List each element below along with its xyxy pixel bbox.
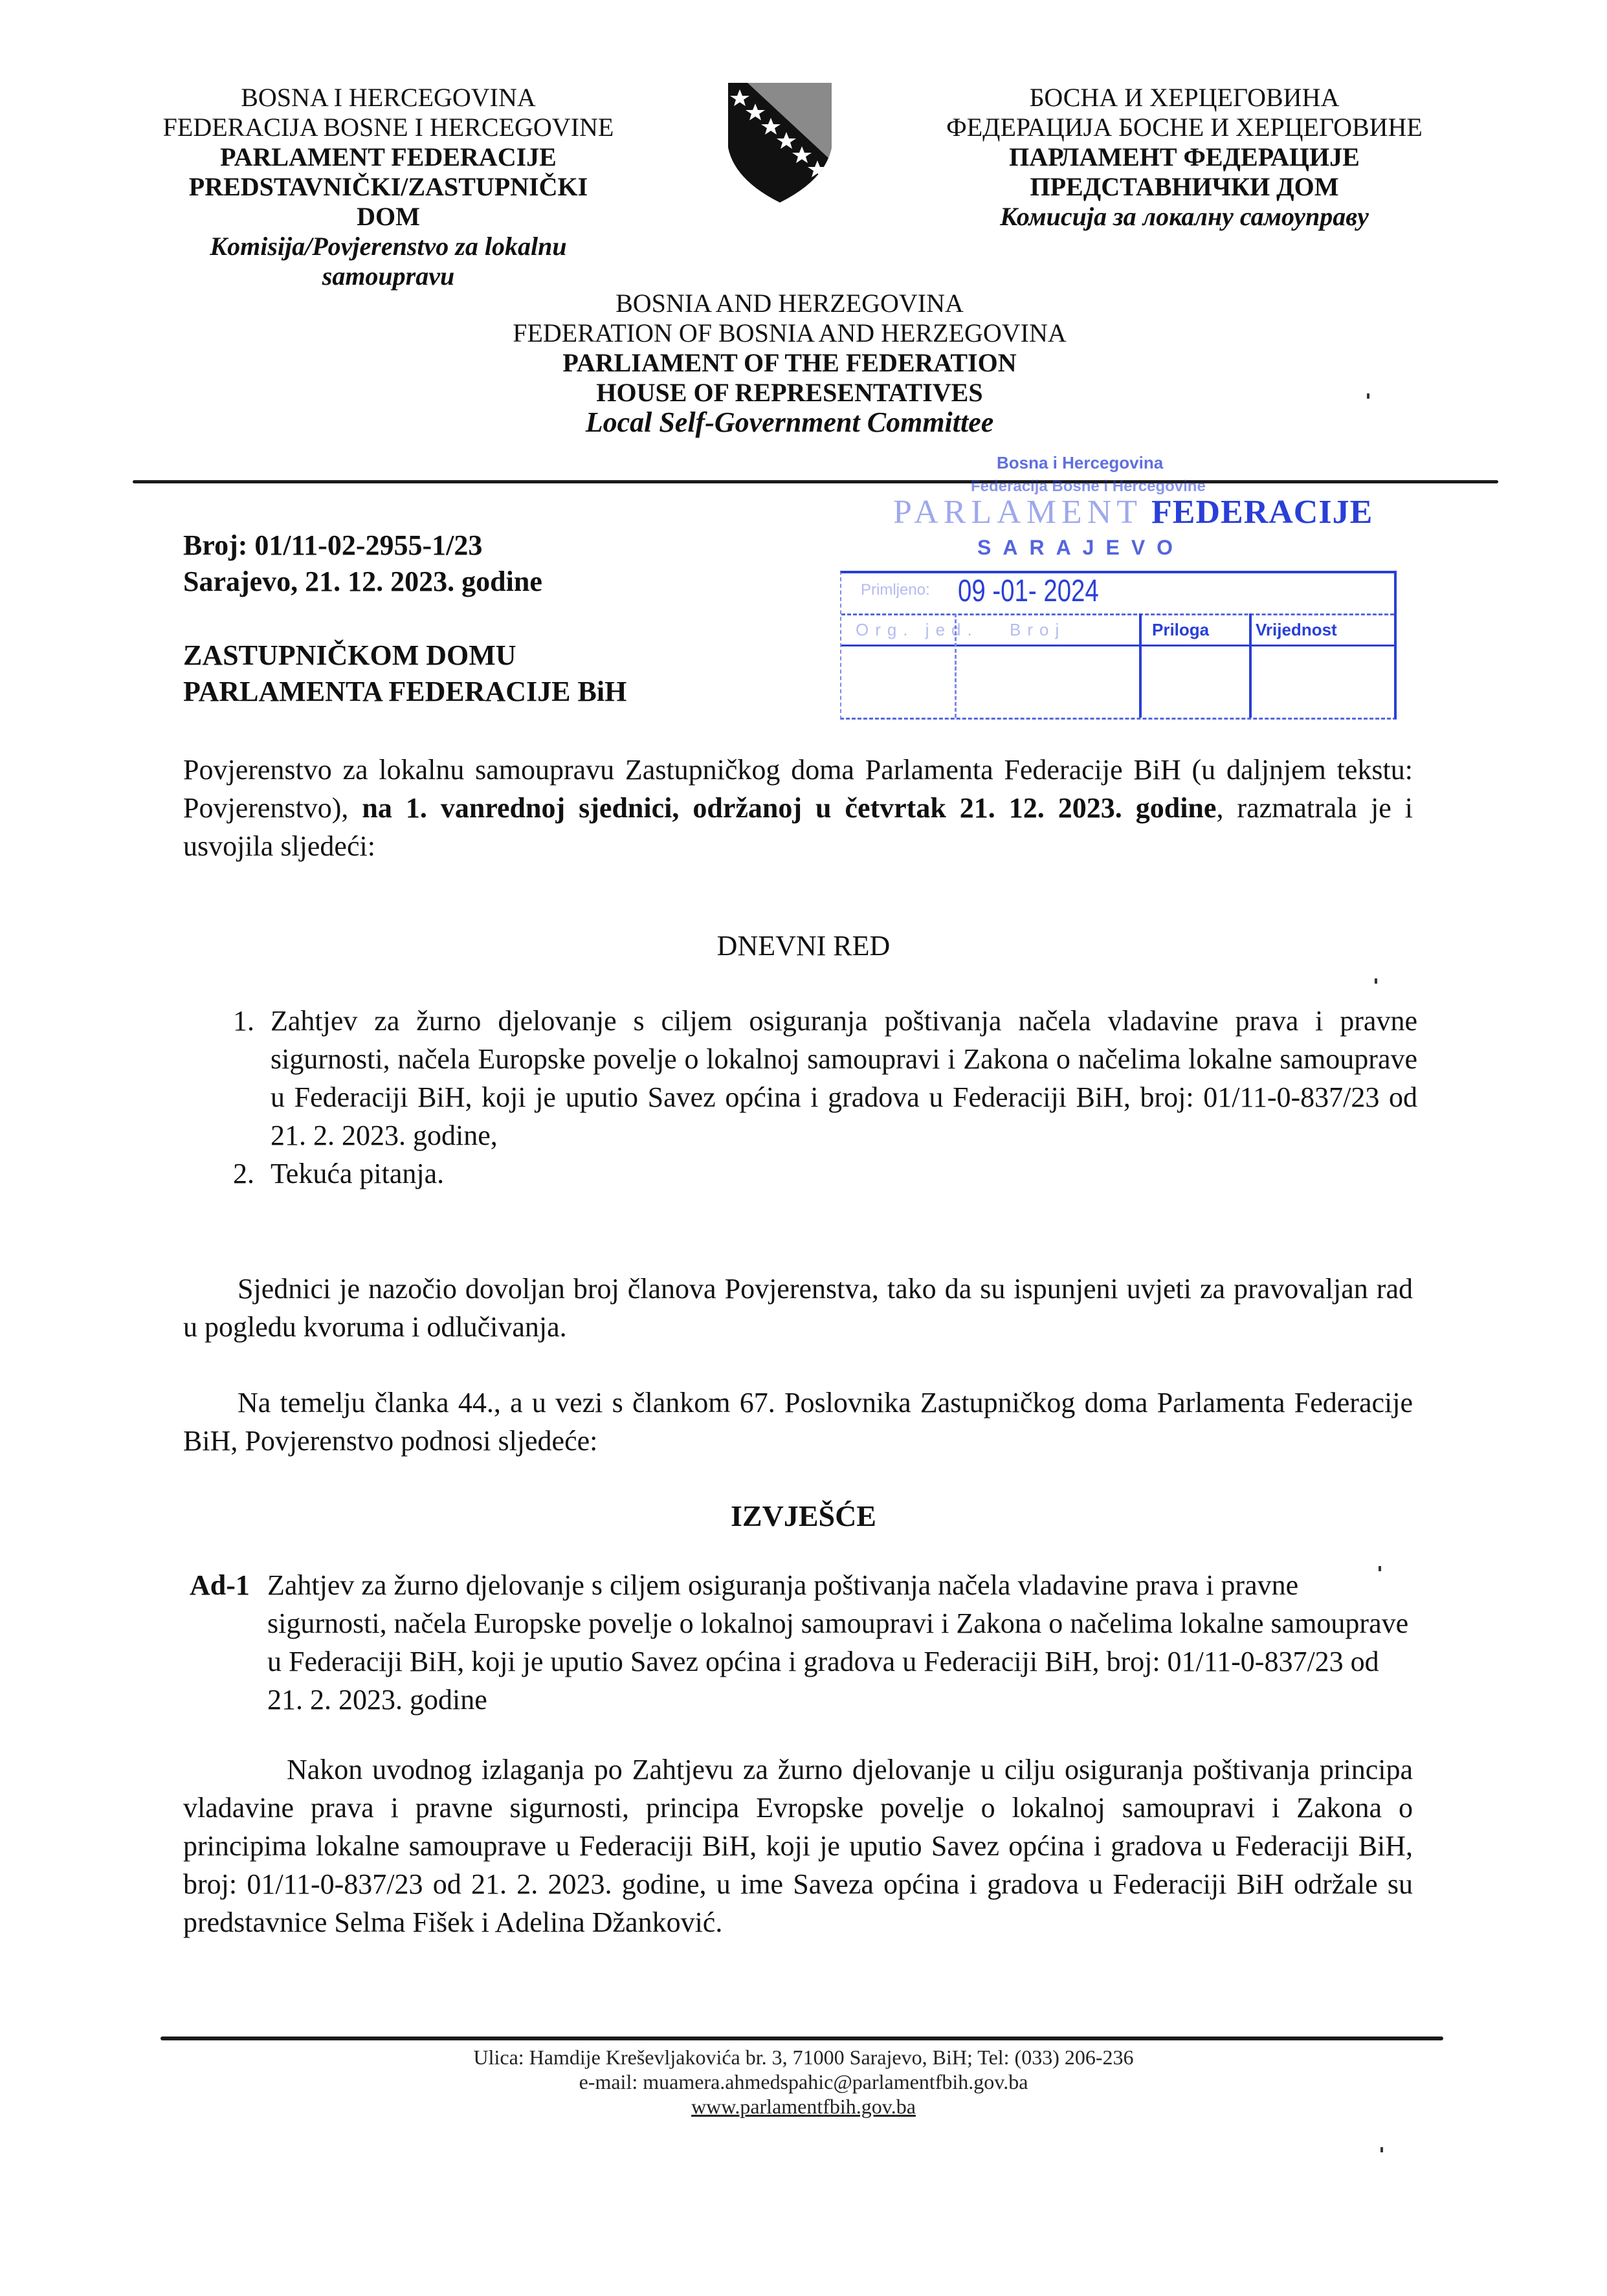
stamp-col-divider [1139, 613, 1142, 718]
header-house-cyr: ПРЕДСТАВНИЧКИ ДОМ [900, 172, 1469, 202]
header-parliament-cyr: ПАРЛАМЕНТ ФЕДЕРАЦИЈЕ [900, 142, 1469, 172]
header-federation: FEDERACIJA BOSNE I HERCEGOVINE [155, 113, 621, 142]
agenda-item-number: 1. [233, 1002, 254, 1040]
stamp-parlament: PARLAMENT [893, 494, 1142, 531]
header-english: BOSNIA AND HERZEGOVINA FEDERATION OF BOS… [414, 289, 1165, 437]
stamp-col-org: Org. jed. [856, 620, 979, 640]
footer-divider [161, 2037, 1443, 2040]
header-parliament-en: PARLIAMENT OF THE FEDERATION [414, 348, 1165, 378]
header-committee-cyr: Комисија за локалну самоуправу [900, 202, 1469, 232]
header-parliament: PARLAMENT FEDERACIJE [155, 142, 621, 172]
header-country: BOSNA I HERCEGOVINA [155, 83, 621, 113]
addressee-line-1: ZASTUPNIČKOM DOMU [183, 637, 626, 674]
addressee: ZASTUPNIČKOM DOMU PARLAMENTA FEDERACIJE … [183, 637, 626, 710]
legal-basis-paragraph: Na temelju članka 44., a u vezi s članko… [183, 1384, 1413, 1460]
stamp-header-divider [841, 645, 1394, 646]
agenda-item: 1. Zahtjev za žurno djelovanje s ciljem … [233, 1002, 1417, 1154]
reference-number: Broj: 01/11-02-2955-1/23 [183, 527, 542, 564]
intro-paragraph: Povjerenstvo za lokalnu samoupravu Zastu… [183, 751, 1413, 865]
agenda-item: 2. Tekuća pitanja. [233, 1154, 1417, 1193]
intro-session: na 1. vanrednoj sjednici, održanoj u čet… [362, 792, 1216, 824]
stamp-table: Primljeno: 09 -01- 2024 Org. jed. Broj P… [840, 571, 1397, 720]
header-federation-en: FEDERATION OF BOSNIA AND HERZEGOVINA [414, 318, 1165, 348]
header-country-cyr: БОСНА И ХЕРЦЕГОВИНА [900, 83, 1469, 113]
footer-address: Ulica: Hamdije Kreševljakovića br. 3, 71… [0, 2045, 1607, 2070]
footer-website-link[interactable]: www.parlamentfbih.gov.ba [0, 2094, 1607, 2119]
scan-speck [1375, 978, 1377, 984]
header-house-en: HOUSE OF REPRESENTATIVES [414, 378, 1165, 408]
document-reference: Broj: 01/11-02-2955-1/23 Sarajevo, 21. 1… [183, 527, 542, 600]
agenda-list: 1. Zahtjev za žurno djelovanje s ciljem … [233, 1002, 1417, 1193]
report-item-label: Ad-1 [190, 1566, 250, 1604]
agenda-item-text: Tekuća pitanja. [271, 1158, 444, 1189]
agenda-title: DNEVNI RED [0, 929, 1607, 962]
header-latin: BOSNA I HERCEGOVINA FEDERACIJA BOSNE I H… [155, 83, 621, 291]
scan-speck [1379, 1566, 1381, 1571]
header-country-en: BOSNIA AND HERZEGOVINA [414, 289, 1165, 318]
stamp-col-divider [1249, 613, 1252, 718]
stamp-city: SARAJEVO [977, 536, 1184, 560]
header-cyrillic: БОСНА И ХЕРЦЕГОВИНА ФЕДЕРАЦИЈА БОСНЕ И Х… [900, 83, 1469, 232]
stamp-col-broj: Broj [1010, 620, 1065, 640]
stamp-received-label: Primljeno: [861, 581, 930, 599]
scan-speck [1380, 2147, 1383, 2152]
scan-speck [1367, 393, 1369, 399]
report-item: Ad-1 Zahtjev za žurno djelovanje s cilje… [190, 1566, 1419, 1719]
received-stamp: Bosna i Hercegovina Federacija Bosne i H… [835, 453, 1404, 725]
discussion-paragraph: Nakon uvodnog izlaganja po Zahtjevu za ž… [183, 1750, 1413, 1941]
header-committee: Komisija/Povjerenstvo za lokalnu samoupr… [155, 232, 621, 291]
addressee-line-2: PARLAMENTA FEDERACIJE BiH [183, 674, 626, 710]
report-item-text: Zahtjev za žurno djelovanje s ciljem osi… [267, 1566, 1419, 1719]
stamp-col-priloga: Priloga [1152, 620, 1209, 640]
agenda-item-text: Zahtjev za žurno djelovanje s ciljem osi… [271, 1005, 1417, 1151]
agenda-item-number: 2. [233, 1154, 254, 1193]
coat-of-arms-icon [722, 83, 838, 206]
footer: Ulica: Hamdije Kreševljakovića br. 3, 71… [0, 2045, 1607, 2119]
header-federation-cyr: ФЕДЕРАЦИЈА БОСНЕ И ХЕРЦЕГОВИНЕ [900, 113, 1469, 142]
stamp-line-1: Bosna i Hercegovina [997, 453, 1163, 473]
report-title: IZVJEŠĆE [0, 1499, 1607, 1533]
header-house: PREDSTAVNIČKI/ZASTUPNIČKI DOM [155, 172, 621, 232]
stamp-line-3: PARLAMENT FEDERACIJE [893, 493, 1373, 531]
stamp-federacije: FEDERACIJE [1151, 494, 1373, 531]
stamp-received-date: 09 -01- 2024 [958, 573, 1099, 609]
reference-date: Sarajevo, 21. 12. 2023. godine [183, 564, 542, 600]
header-committee-en: Local Self-Government Committee [414, 408, 1165, 437]
stamp-col-vrijednost: Vrijednost [1256, 620, 1337, 640]
quorum-paragraph: Sjednici je nazočio dovoljan broj članov… [183, 1270, 1413, 1346]
footer-email[interactable]: e-mail: muamera.ahmedspahic@parlamentfbi… [0, 2070, 1607, 2094]
stamp-received-row: Primljeno: 09 -01- 2024 [841, 573, 1394, 615]
